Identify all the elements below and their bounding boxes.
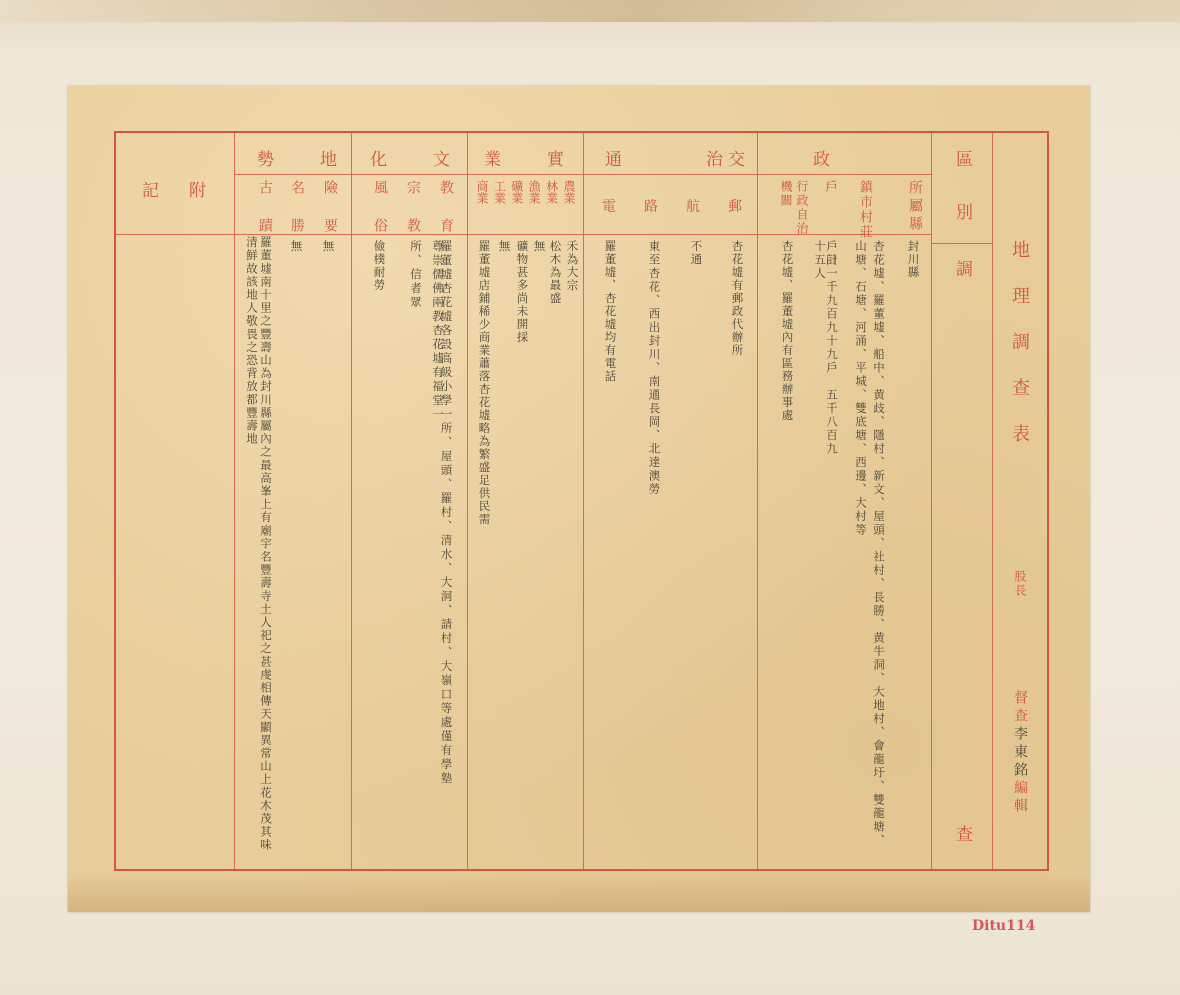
label-mining: 礦業 (509, 180, 526, 236)
value-admin: 杏花墟、羅董墟內有區務辦事處 (781, 240, 793, 422)
value-customs: 儉樸耐勞 (373, 240, 385, 292)
survey-label: 調 (950, 260, 975, 277)
divider-transport (583, 133, 584, 869)
value-households: 戶計一千九百九十九戶 五千八百九十五人 (814, 240, 838, 460)
value-postal: 杏花墟有郵政代辦所 (731, 240, 743, 357)
label-roads: 路 (644, 196, 658, 216)
label-education: 教育 (436, 180, 456, 236)
transport-header-text: 交通 (605, 145, 745, 170)
supervisor-label: 督查 (1012, 690, 1028, 726)
value-shipping: 不通 (690, 240, 702, 266)
value-strategic: 無 (322, 240, 334, 253)
value-towns: 杏花墟、羅董墟、船中、黄歧、隱村、新文、屋頭、社村、長勝、黄牛洞、大地村、會龍圩… (852, 240, 888, 860)
geography-header-text: 地勢 (257, 145, 337, 170)
divider-culture (351, 133, 352, 869)
watermark: Ditu114 (972, 918, 1035, 934)
label-county: 所屬縣 (905, 180, 925, 234)
divider-industry (467, 133, 468, 869)
editor-name: 李東銘 (1012, 726, 1028, 780)
politics-header: 政治 (790, 145, 930, 170)
label-commerce: 商業 (474, 180, 491, 236)
culture-header-text: 文化 (370, 145, 450, 170)
torn-paper-edge (0, 0, 1180, 22)
remarks-header: 附記 (142, 176, 212, 201)
divider-politics (757, 133, 758, 869)
politics-header-text: 政治 (790, 145, 920, 170)
culture-header: 文化 (370, 145, 450, 170)
label-forestry: 林業 (544, 180, 561, 236)
label-towns: 鎮市村莊 (855, 180, 874, 240)
label-fishery: 漁業 (526, 180, 543, 236)
divider-title (992, 133, 993, 869)
editor-signature: 督查李東銘編輯 (1010, 690, 1030, 816)
geography-header: 地勢 (257, 145, 337, 170)
industry-header-text: 實業 (484, 145, 564, 170)
value-roads: 東至杏花、西出封川、南通長岡、北達澳勞 (648, 240, 660, 497)
value-forestry: 松木為最盛 (549, 240, 561, 305)
value-agriculture: 禾為大宗 (566, 240, 578, 292)
transport-subheaders: 郵 航 路 電 (602, 196, 742, 216)
value-manufacturing: 無 (498, 240, 510, 253)
value-historic: 羅董墟南十里之豐壽山為封川縣屬內之最高峯上有廟宇名豐壽寺土人祀之甚虔相傳天顯異常… (245, 236, 273, 856)
remarks-header-text: 附記 (142, 176, 206, 201)
document-title: 地理調查表 (1006, 240, 1032, 470)
rule-headers (234, 174, 931, 175)
chief-label: 股長 (1012, 570, 1029, 598)
label-postal: 郵 (728, 196, 742, 216)
industry-subheaders: 農業 林業 漁業 礦業 工業 商業 (474, 180, 578, 236)
region-label: 區別 (950, 150, 975, 256)
editor-label: 編輯 (1012, 780, 1028, 816)
label-agriculture: 農業 (561, 180, 578, 236)
value-scenic: 無 (290, 240, 302, 253)
value-fishery: 無 (533, 240, 545, 253)
label-admin: 行政自治機關 (778, 180, 810, 244)
transport-header: 交通 (605, 145, 745, 170)
label-manufacturing: 工業 (491, 180, 508, 236)
value-religion: 尊崇儒佛兩教杏花墟有福堂一所、信者眾 (405, 240, 449, 440)
divider-geography (234, 133, 235, 869)
value-county: 封川縣 (907, 240, 919, 279)
value-mining: 礦物甚多尚未開採 (516, 240, 528, 344)
paper-stain (68, 872, 1090, 912)
inspect-label: 查 (950, 825, 975, 842)
label-shipping: 航 (686, 196, 700, 216)
industry-header: 實業 (484, 145, 564, 170)
value-telecom: 羅董墟、杏花墟均有電話 (604, 240, 616, 383)
value-commerce: 羅董墟店鋪稀少商業蕭落杏花墟略為繁盛足供民需 (478, 240, 490, 526)
label-telecom: 電 (602, 196, 616, 216)
